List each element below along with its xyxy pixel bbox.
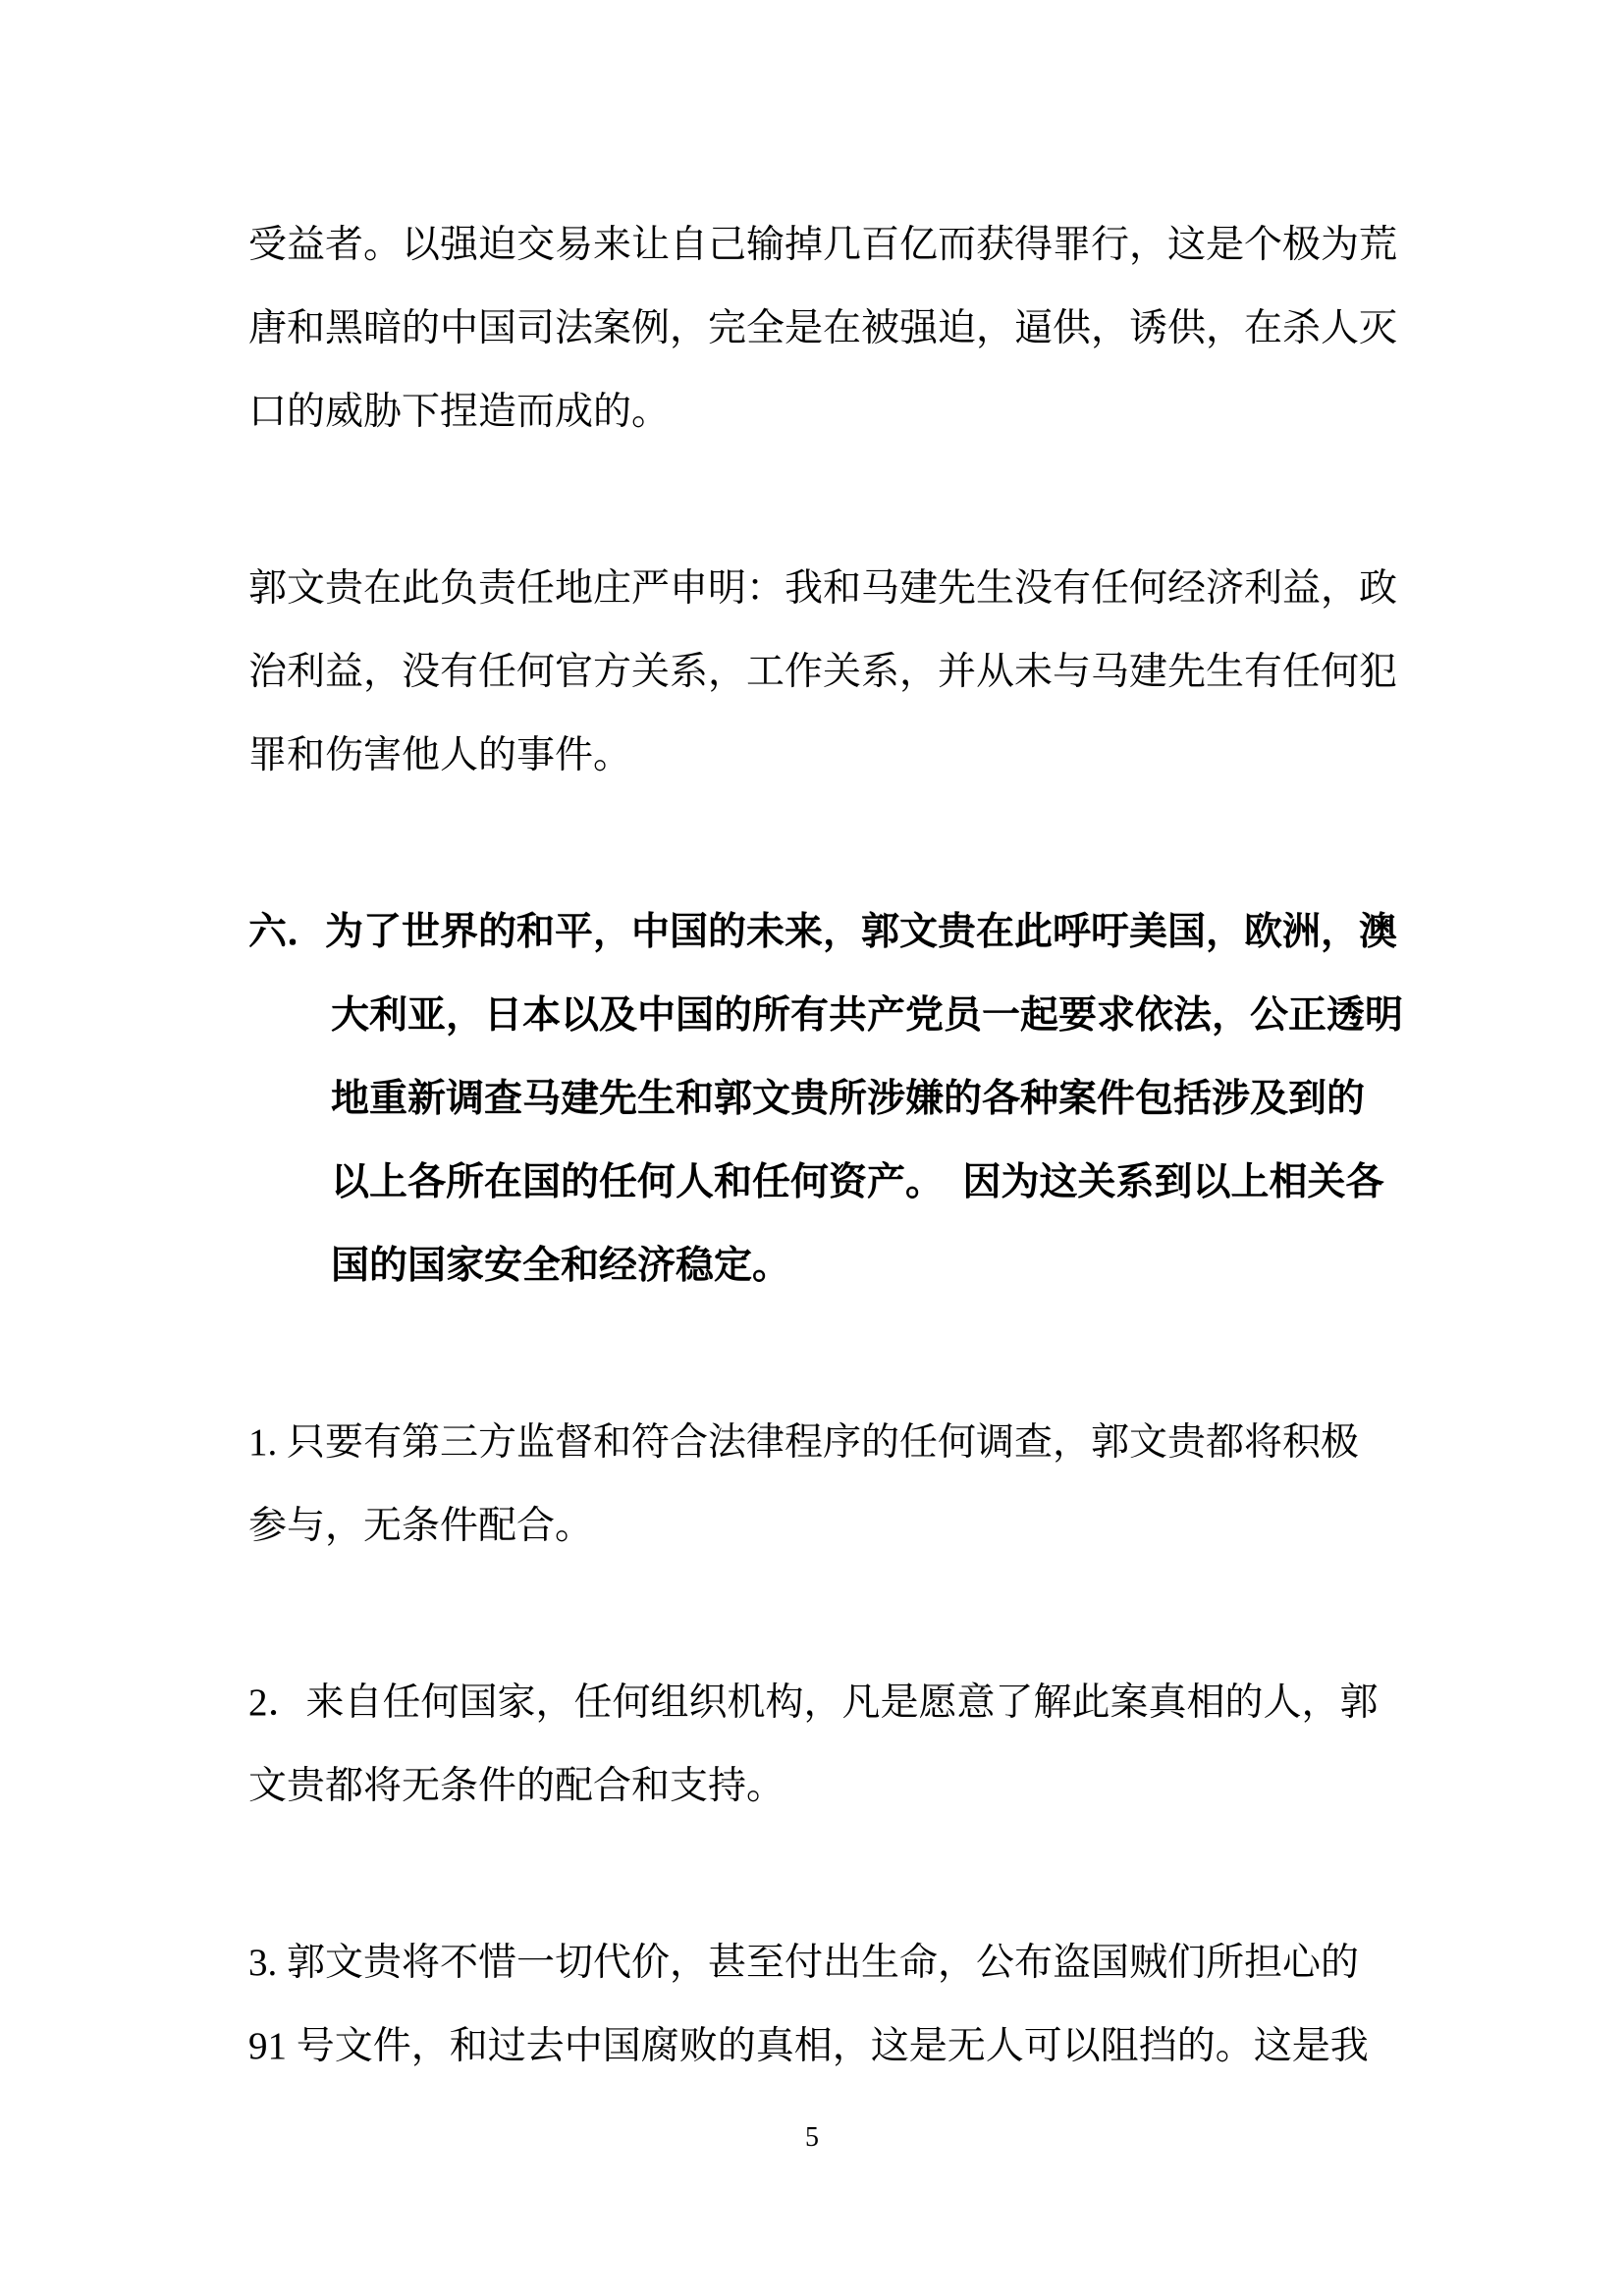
paragraph-2-declaration: 郭文贵在此负责任地庄严申明：我和马建先生没有任何经济利益，政 治利益，没有任何官… [248,547,1407,797]
text-line: 六．为了世界的和平，中国的未来，郭文贵在此呼吁美国，欧洲，澳 [248,890,1407,974]
text-line: 大利亚，日本以及中国的所有共产党员一起要求依法，公正透明 [248,974,1407,1057]
text-line: 唐和黑暗的中国司法案例，完全是在被强迫，逼供，诱供，在杀人灭 [248,287,1407,370]
text-line: 文贵都将无条件的配合和支持。 [248,1744,1407,1828]
text-line: 国的国家安全和经济稳定。 [248,1224,1407,1308]
paragraph-5-item-2: 2．来自任何国家，任何组织机构，凡是愿意了解此案真相的人，郭 文贵都将无条件的配… [248,1661,1407,1828]
text-line: 2．来自任何国家，任何组织机构，凡是愿意了解此案真相的人，郭 [248,1661,1407,1744]
text-line: 罪和伤害他人的事件。 [248,714,1407,797]
text-line: 受益者。以强迫交易来让自己输掉几百亿而获得罪行，这是个极为荒 [248,203,1407,287]
paragraph-3-section-six-heading: 六．为了世界的和平，中国的未来，郭文贵在此呼吁美国，欧洲，澳 大利亚，日本以及中… [248,890,1407,1308]
text-line: 参与，无条件配合。 [248,1484,1407,1568]
text-line: 地重新调查马建先生和郭文贵所涉嫌的各种案件包括涉及到的 [248,1057,1407,1141]
paragraph-4-item-1: 1. 只要有第三方监督和符合法律程序的任何调查，郭文贵都将积极 参与，无条件配合… [248,1401,1407,1568]
document-content: 受益者。以强迫交易来让自己输掉几百亿而获得罪行，这是个极为荒 唐和黑暗的中国司法… [248,203,1407,2088]
text-line: 郭文贵在此负责任地庄严申明：我和马建先生没有任何经济利益，政 [248,547,1407,630]
page-number: 5 [0,2118,1624,2158]
text-line: 1. 只要有第三方监督和符合法律程序的任何调查，郭文贵都将积极 [248,1401,1407,1484]
text-line: 口的威胁下捏造而成的。 [248,370,1407,454]
paragraph-6-item-3: 3. 郭文贵将不惜一切代价，甚至付出生命，公布盗国贼们所担心的 91 号文件，和… [248,1921,1407,2088]
document-page: 受益者。以强迫交易来让自己输掉几百亿而获得罪行，这是个极为荒 唐和黑暗的中国司法… [0,0,1624,2296]
paragraph-1: 受益者。以强迫交易来让自己输掉几百亿而获得罪行，这是个极为荒 唐和黑暗的中国司法… [248,203,1407,454]
text-line: 以上各所在国的任何人和任何资产。 因为这关系到以上相关各 [248,1141,1407,1224]
text-line: 91 号文件，和过去中国腐败的真相，这是无人可以阻挡的。这是我 [248,2004,1407,2088]
text-line: 3. 郭文贵将不惜一切代价，甚至付出生命，公布盗国贼们所担心的 [248,1921,1407,2004]
text-line: 治利益，没有任何官方关系，工作关系，并从未与马建先生有任何犯 [248,630,1407,714]
